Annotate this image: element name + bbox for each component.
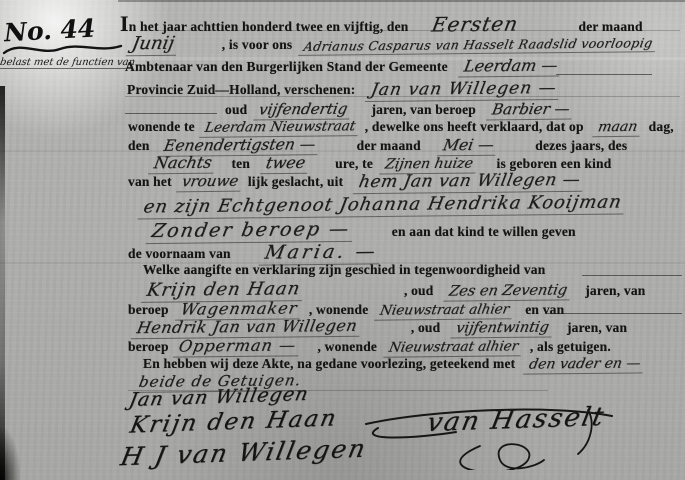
handwritten-father-name: hem Jan van Willegen — (353, 170, 586, 194)
scan-edge-artifact (0, 86, 5, 480)
akte-line: Junij , is voor ons Adrianus Casparus va… (128, 33, 656, 56)
ruled-line (140, 30, 680, 31)
ruled-line (582, 275, 682, 276)
margin-note: belast met de functien van (0, 57, 133, 69)
handwritten-weekday: maan (592, 119, 642, 137)
signature-witness1: Krijn den Haan (128, 405, 340, 438)
printed-text: van het (128, 174, 172, 190)
printed-text: En hebben wij deze Akte, na gedane voorl… (143, 356, 515, 372)
printed-text: oud (225, 102, 247, 118)
printed-text: de voornaam van (128, 246, 231, 262)
akte-line: oud vijfendertig jaren, van beroep Barbi… (225, 100, 573, 120)
printed-text: , is voor ons (222, 37, 293, 53)
printed-text: , wonende (318, 339, 378, 355)
handwritten-declarant-name: Jan van Willegen — (365, 78, 563, 102)
printed-text: , als getuigen. (530, 339, 611, 355)
scan-edge-artifact (0, 428, 20, 480)
akte-line: en zijn Echtgenoot Johanna Hendrika Kooi… (140, 194, 625, 217)
printed-text: jaren, van (585, 283, 645, 299)
handwritten-mother-name: en zijn Echtgenoot Johanna Hendrika Kooi… (137, 191, 627, 219)
akte-line: Hendrik Jan van Willegen , oud vijfentwi… (133, 317, 627, 338)
ink-flourish (360, 398, 620, 470)
ruled-line (128, 390, 548, 391)
printed-text: lijk geslacht, uit (248, 174, 343, 190)
printed-text: jaren, van beroep (371, 102, 476, 118)
printed-text: beroep (128, 302, 169, 318)
handwritten-closing: den vader en — (524, 355, 647, 374)
printed-text: , dewelke ons heeft verklaard, dat op (365, 119, 584, 135)
printed-text: en van (525, 302, 564, 318)
akte-line: van het vrouwe lijk geslacht, uit hem Ja… (128, 171, 584, 193)
akte-line: wonende te Leerdam Nieuwstraat , dewelke… (128, 118, 674, 137)
printed-text: beroep (128, 339, 169, 355)
ruled-line (125, 96, 680, 97)
ruled-line (556, 74, 652, 75)
printed-text: Welke aangifte en verklaring zijn geschi… (143, 262, 545, 278)
printed-text: , oud (411, 320, 441, 336)
scanned-birth-record: No. 44 belast met de functien van In het… (0, 0, 685, 480)
printed-text: jaren, van (567, 320, 627, 336)
handwritten-sex: vrouwe (176, 172, 244, 193)
printed-text: Ambtenaar van den Burgerlijken Stand der… (125, 59, 448, 75)
ink-flourish (2, 42, 124, 58)
printed-text: en aan dat kind te willen geven (392, 224, 576, 240)
handwritten-official-name: Adrianus Casparus van Hasselt Raadslid v… (298, 35, 658, 56)
printed-text: ure, te (335, 156, 373, 172)
printed-text: , oud (404, 283, 434, 299)
handwritten-municipality: Leerdam — (458, 55, 563, 77)
ruled-line (125, 113, 217, 114)
scan-edge-artifact (118, 0, 685, 2)
akte-line: Provincie Zuid—Holland, verschenen: Jan … (127, 79, 561, 101)
ruled-line (545, 313, 682, 314)
akte-line: Ambtenaar van den Burgerlijken Stand der… (125, 56, 561, 77)
akte-line: beroep Opperman — , wonende Nieuwstraat … (128, 336, 611, 357)
handwritten-month: Junij (126, 33, 180, 57)
printed-text: ten (231, 156, 250, 172)
signature-witness2: H J van Willegen (118, 434, 369, 471)
printed-text: der maand (357, 138, 421, 154)
printed-text: den (128, 138, 150, 154)
printed-text: dag, (649, 119, 674, 135)
printed-text: wonende te (128, 119, 195, 135)
akte-line: Welke aangifte en verklaring zijn geschi… (143, 261, 545, 279)
akte-line: Zonder beroep — en aan dat kind te wille… (148, 219, 576, 243)
printed-text: dezes jaars, des (535, 138, 627, 154)
